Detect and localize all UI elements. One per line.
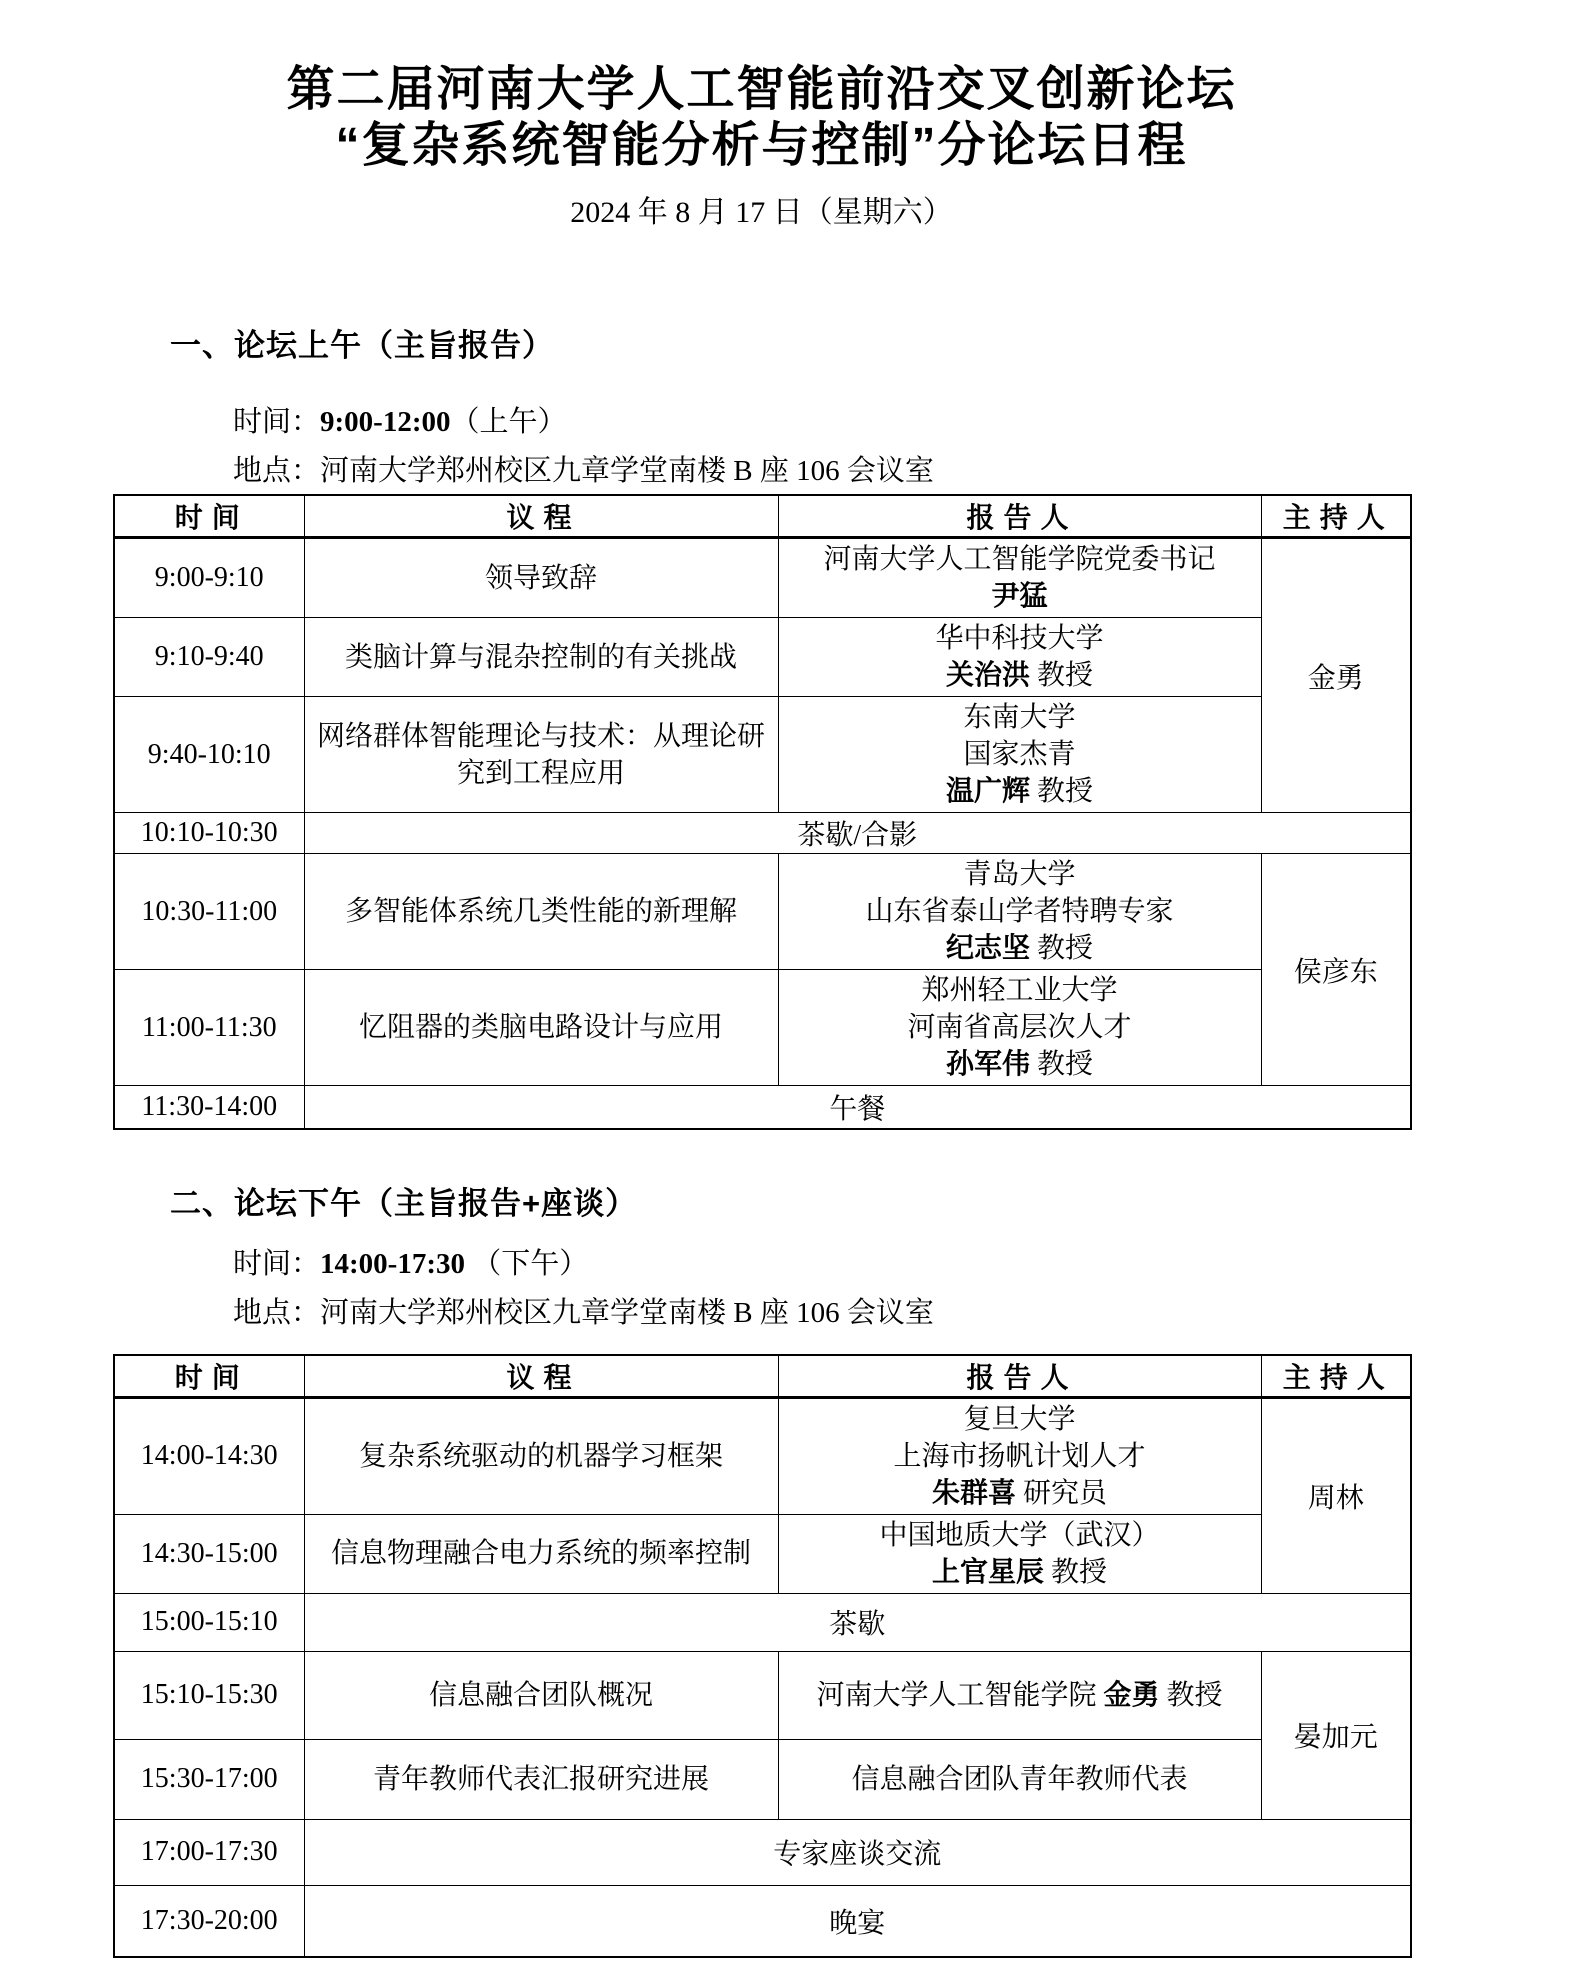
table-row: 9:00-9:10领导致辞河南大学人工智能学院党委书记尹猛金勇 xyxy=(114,538,1411,618)
place-value: 河南大学郑州校区九章学堂南楼 B 座 106 会议室 xyxy=(320,1297,934,1329)
column-header: 时间 xyxy=(114,495,304,538)
reporter-text: 教授 xyxy=(1044,1557,1107,1588)
table-row: 9:40-10:10网络群体智能理论与技术：从理论研究到工程应用东南大学国家杰青… xyxy=(114,697,1411,813)
speaker-name: 上官星辰 xyxy=(932,1557,1044,1588)
time-cell: 11:30-14:00 xyxy=(114,1086,304,1129)
column-header: 主持人 xyxy=(1261,1355,1411,1398)
reporter-line: 青岛大学 xyxy=(783,856,1257,893)
agenda-cell: 领导致辞 xyxy=(304,538,778,618)
reporter-line: 河南大学人工智能学院 金勇 教授 xyxy=(783,1677,1257,1714)
reporter-line: 关治洪 教授 xyxy=(783,657,1257,694)
title-block: 第二届河南大学人工智能前沿交叉创新论坛 “复杂系统智能分析与控制”分论坛日程 xyxy=(113,0,1410,174)
speaker-name: 孙军伟 xyxy=(946,1049,1030,1080)
agenda-cell: 多智能体系统几类性能的新理解 xyxy=(304,854,778,970)
table-row: 15:30-17:00青年教师代表汇报研究进展信息融合团队青年教师代表 xyxy=(114,1739,1411,1819)
table-row: 10:30-11:00多智能体系统几类性能的新理解青岛大学山东省泰山学者特聘专家… xyxy=(114,854,1411,970)
table-row: 11:00-11:30忆阻器的类脑电路设计与应用郑州轻工业大学河南省高层次人才孙… xyxy=(114,970,1411,1086)
speaker-name: 关治洪 xyxy=(946,660,1030,691)
reporter-line: 山东省泰山学者特聘专家 xyxy=(783,893,1257,930)
reporter-text: 国家杰青 xyxy=(963,739,1075,770)
document-page: 第二届河南大学人工智能前沿交叉创新论坛 “复杂系统智能分析与控制”分论坛日程 2… xyxy=(0,0,1586,1973)
reporter-text: 山东省泰山学者特聘专家 xyxy=(865,896,1173,927)
afternoon-place-line: 地点：河南大学郑州校区九章学堂南楼 B 座 106 会议室 xyxy=(233,1295,1410,1331)
reporter-line: 河南大学人工智能学院党委书记 xyxy=(783,541,1257,578)
column-header: 主持人 xyxy=(1261,495,1411,538)
column-header: 报告人 xyxy=(778,1355,1261,1398)
time-suffix: （上午） xyxy=(451,406,567,438)
morning-place-line: 地点：河南大学郑州校区九章学堂南楼 B 座 106 会议室 xyxy=(233,453,1410,489)
reporter-text: 研究员 xyxy=(1016,1478,1107,1509)
reporter-cell: 河南大学人工智能学院党委书记尹猛 xyxy=(778,538,1261,618)
section-heading-morning: 一、论坛上午（主旨报告） xyxy=(170,328,1410,364)
time-value: 9:00-12:00 xyxy=(320,406,450,438)
afternoon-time-line: 时间：14:00-17:30 （下午） xyxy=(233,1246,1410,1282)
time-cell: 15:00-15:10 xyxy=(114,1593,304,1651)
reporter-line: 华中科技大学 xyxy=(783,620,1257,657)
time-cell: 15:30-17:00 xyxy=(114,1739,304,1819)
merged-activity-cell: 专家座谈交流 xyxy=(304,1819,1411,1885)
reporter-line: 上海市扬帆计划人才 xyxy=(783,1438,1257,1475)
merged-activity-cell: 茶歇/合影 xyxy=(304,813,1411,854)
section-heading-afternoon: 二、论坛下午（主旨报告+座谈） xyxy=(170,1186,1410,1222)
reporter-line: 温广辉 教授 xyxy=(783,773,1257,810)
reporter-line: 中国地质大学（武汉） xyxy=(783,1517,1257,1554)
reporter-text: 教授 xyxy=(1030,660,1093,691)
reporter-cell: 郑州轻工业大学河南省高层次人才孙军伟 教授 xyxy=(778,970,1261,1086)
agenda-cell: 类脑计算与混杂控制的有关挑战 xyxy=(304,618,778,697)
reporter-line: 国家杰青 xyxy=(783,736,1257,773)
reporter-text: 中国地质大学（武汉） xyxy=(879,1520,1159,1551)
morning-agenda-table: 时间议程报告人主持人 9:00-9:10领导致辞河南大学人工智能学院党委书记尹猛… xyxy=(113,494,1412,1130)
time-cell: 10:10-10:30 xyxy=(114,813,304,854)
reporter-line: 纪志坚 教授 xyxy=(783,930,1257,967)
table-row: 14:30-15:00信息物理融合电力系统的频率控制中国地质大学（武汉）上官星辰… xyxy=(114,1514,1411,1593)
merged-activity-cell: 茶歇 xyxy=(304,1593,1411,1651)
page-title-line1: 第二届河南大学人工智能前沿交叉创新论坛 xyxy=(113,62,1410,118)
reporter-line: 上官星辰 教授 xyxy=(783,1554,1257,1591)
reporter-text: 教授 xyxy=(1030,933,1093,964)
reporter-cell: 华中科技大学关治洪 教授 xyxy=(778,618,1261,697)
table-header-row: 时间议程报告人主持人 xyxy=(114,1355,1411,1398)
afternoon-agenda-table: 时间议程报告人主持人 14:00-14:30复杂系统驱动的机器学习框架复旦大学上… xyxy=(113,1354,1412,1959)
table-row: 11:30-14:00午餐 xyxy=(114,1086,1411,1129)
time-value: 14:00-17:30 xyxy=(320,1248,465,1280)
reporter-cell: 中国地质大学（武汉）上官星辰 教授 xyxy=(778,1514,1261,1593)
morning-time-line: 时间：9:00-12:00（上午） xyxy=(233,404,1410,440)
reporter-text: 上海市扬帆计划人才 xyxy=(893,1441,1145,1472)
time-suffix: （下午） xyxy=(465,1248,588,1280)
place-label: 地点： xyxy=(233,1297,320,1329)
time-cell: 14:00-14:30 xyxy=(114,1397,304,1514)
reporter-cell: 复旦大学上海市扬帆计划人才朱群喜 研究员 xyxy=(778,1397,1261,1514)
speaker-name: 温广辉 xyxy=(946,776,1030,807)
moderator-cell: 金勇 xyxy=(1261,538,1411,813)
moderator-cell: 周林 xyxy=(1261,1397,1411,1593)
reporter-line: 东南大学 xyxy=(783,699,1257,736)
time-cell: 9:00-9:10 xyxy=(114,538,304,618)
column-header: 议程 xyxy=(304,495,778,538)
reporter-text: 郑州轻工业大学 xyxy=(921,975,1117,1006)
speaker-name: 纪志坚 xyxy=(946,933,1030,964)
place-label: 地点： xyxy=(233,455,320,487)
reporter-text: 青岛大学 xyxy=(963,859,1075,890)
reporter-cell: 东南大学国家杰青温广辉 教授 xyxy=(778,697,1261,813)
table-row: 17:30-20:00晚宴 xyxy=(114,1885,1411,1957)
reporter-text: 河南大学人工智能学院党委书记 xyxy=(823,544,1215,575)
table-row: 15:00-15:10茶歇 xyxy=(114,1593,1411,1651)
agenda-cell: 信息融合团队概况 xyxy=(304,1651,778,1739)
time-cell: 15:10-15:30 xyxy=(114,1651,304,1739)
reporter-text: 复旦大学 xyxy=(963,1404,1075,1435)
table-row: 17:00-17:30专家座谈交流 xyxy=(114,1819,1411,1885)
time-cell: 10:30-11:00 xyxy=(114,854,304,970)
reporter-text: 教授 xyxy=(1160,1680,1223,1711)
agenda-cell: 青年教师代表汇报研究进展 xyxy=(304,1739,778,1819)
reporter-line: 信息融合团队青年教师代表 xyxy=(783,1761,1257,1798)
reporter-text: 信息融合团队青年教师代表 xyxy=(851,1764,1187,1795)
time-label: 时间： xyxy=(233,406,320,438)
table-row: 10:10-10:30茶歇/合影 xyxy=(114,813,1411,854)
time-cell: 14:30-15:00 xyxy=(114,1514,304,1593)
reporter-text: 教授 xyxy=(1030,776,1093,807)
time-cell: 17:30-20:00 xyxy=(114,1885,304,1957)
agenda-cell: 忆阻器的类脑电路设计与应用 xyxy=(304,970,778,1086)
reporter-line: 复旦大学 xyxy=(783,1401,1257,1438)
speaker-name: 金勇 xyxy=(1103,1680,1159,1711)
time-cell: 11:00-11:30 xyxy=(114,970,304,1086)
reporter-text: 河南大学人工智能学院 xyxy=(816,1680,1103,1711)
merged-activity-cell: 晚宴 xyxy=(304,1885,1411,1957)
reporter-text: 河南省高层次人才 xyxy=(907,1012,1131,1043)
reporter-line: 孙军伟 教授 xyxy=(783,1046,1257,1083)
event-date: 2024 年 8 月 17 日（星期六） xyxy=(113,196,1410,230)
reporter-text: 教授 xyxy=(1030,1049,1093,1080)
merged-activity-cell: 午餐 xyxy=(304,1086,1411,1129)
column-header: 报告人 xyxy=(778,495,1261,538)
place-value: 河南大学郑州校区九章学堂南楼 B 座 106 会议室 xyxy=(320,455,934,487)
agenda-cell: 复杂系统驱动的机器学习框架 xyxy=(304,1397,778,1514)
reporter-cell: 青岛大学山东省泰山学者特聘专家纪志坚 教授 xyxy=(778,854,1261,970)
page-title-line2: “复杂系统智能分析与控制”分论坛日程 xyxy=(113,118,1410,174)
speaker-name: 朱群喜 xyxy=(932,1478,1016,1509)
table-row: 15:10-15:30信息融合团队概况河南大学人工智能学院 金勇 教授晏加元 xyxy=(114,1651,1411,1739)
agenda-cell: 网络群体智能理论与技术：从理论研究到工程应用 xyxy=(304,697,778,813)
reporter-line: 河南省高层次人才 xyxy=(783,1009,1257,1046)
time-cell: 9:40-10:10 xyxy=(114,697,304,813)
moderator-cell: 侯彦东 xyxy=(1261,854,1411,1086)
table-row: 9:10-9:40类脑计算与混杂控制的有关挑战华中科技大学关治洪 教授 xyxy=(114,618,1411,697)
reporter-line: 尹猛 xyxy=(783,578,1257,615)
reporter-text: 华中科技大学 xyxy=(935,623,1103,654)
moderator-cell: 晏加元 xyxy=(1261,1651,1411,1819)
table-row: 14:00-14:30复杂系统驱动的机器学习框架复旦大学上海市扬帆计划人才朱群喜… xyxy=(114,1397,1411,1514)
reporter-cell: 河南大学人工智能学院 金勇 教授 xyxy=(778,1651,1261,1739)
speaker-name: 尹猛 xyxy=(991,581,1047,612)
agenda-cell: 信息物理融合电力系统的频率控制 xyxy=(304,1514,778,1593)
reporter-text: 东南大学 xyxy=(963,702,1075,733)
table-header-row: 时间议程报告人主持人 xyxy=(114,495,1411,538)
time-cell: 17:00-17:30 xyxy=(114,1819,304,1885)
reporter-cell: 信息融合团队青年教师代表 xyxy=(778,1739,1261,1819)
reporter-line: 郑州轻工业大学 xyxy=(783,972,1257,1009)
column-header: 议程 xyxy=(304,1355,778,1398)
time-cell: 9:10-9:40 xyxy=(114,618,304,697)
reporter-line: 朱群喜 研究员 xyxy=(783,1475,1257,1512)
time-label: 时间： xyxy=(233,1248,320,1280)
document-content: 第二届河南大学人工智能前沿交叉创新论坛 “复杂系统智能分析与控制”分论坛日程 2… xyxy=(113,0,1410,1958)
column-header: 时间 xyxy=(114,1355,304,1398)
